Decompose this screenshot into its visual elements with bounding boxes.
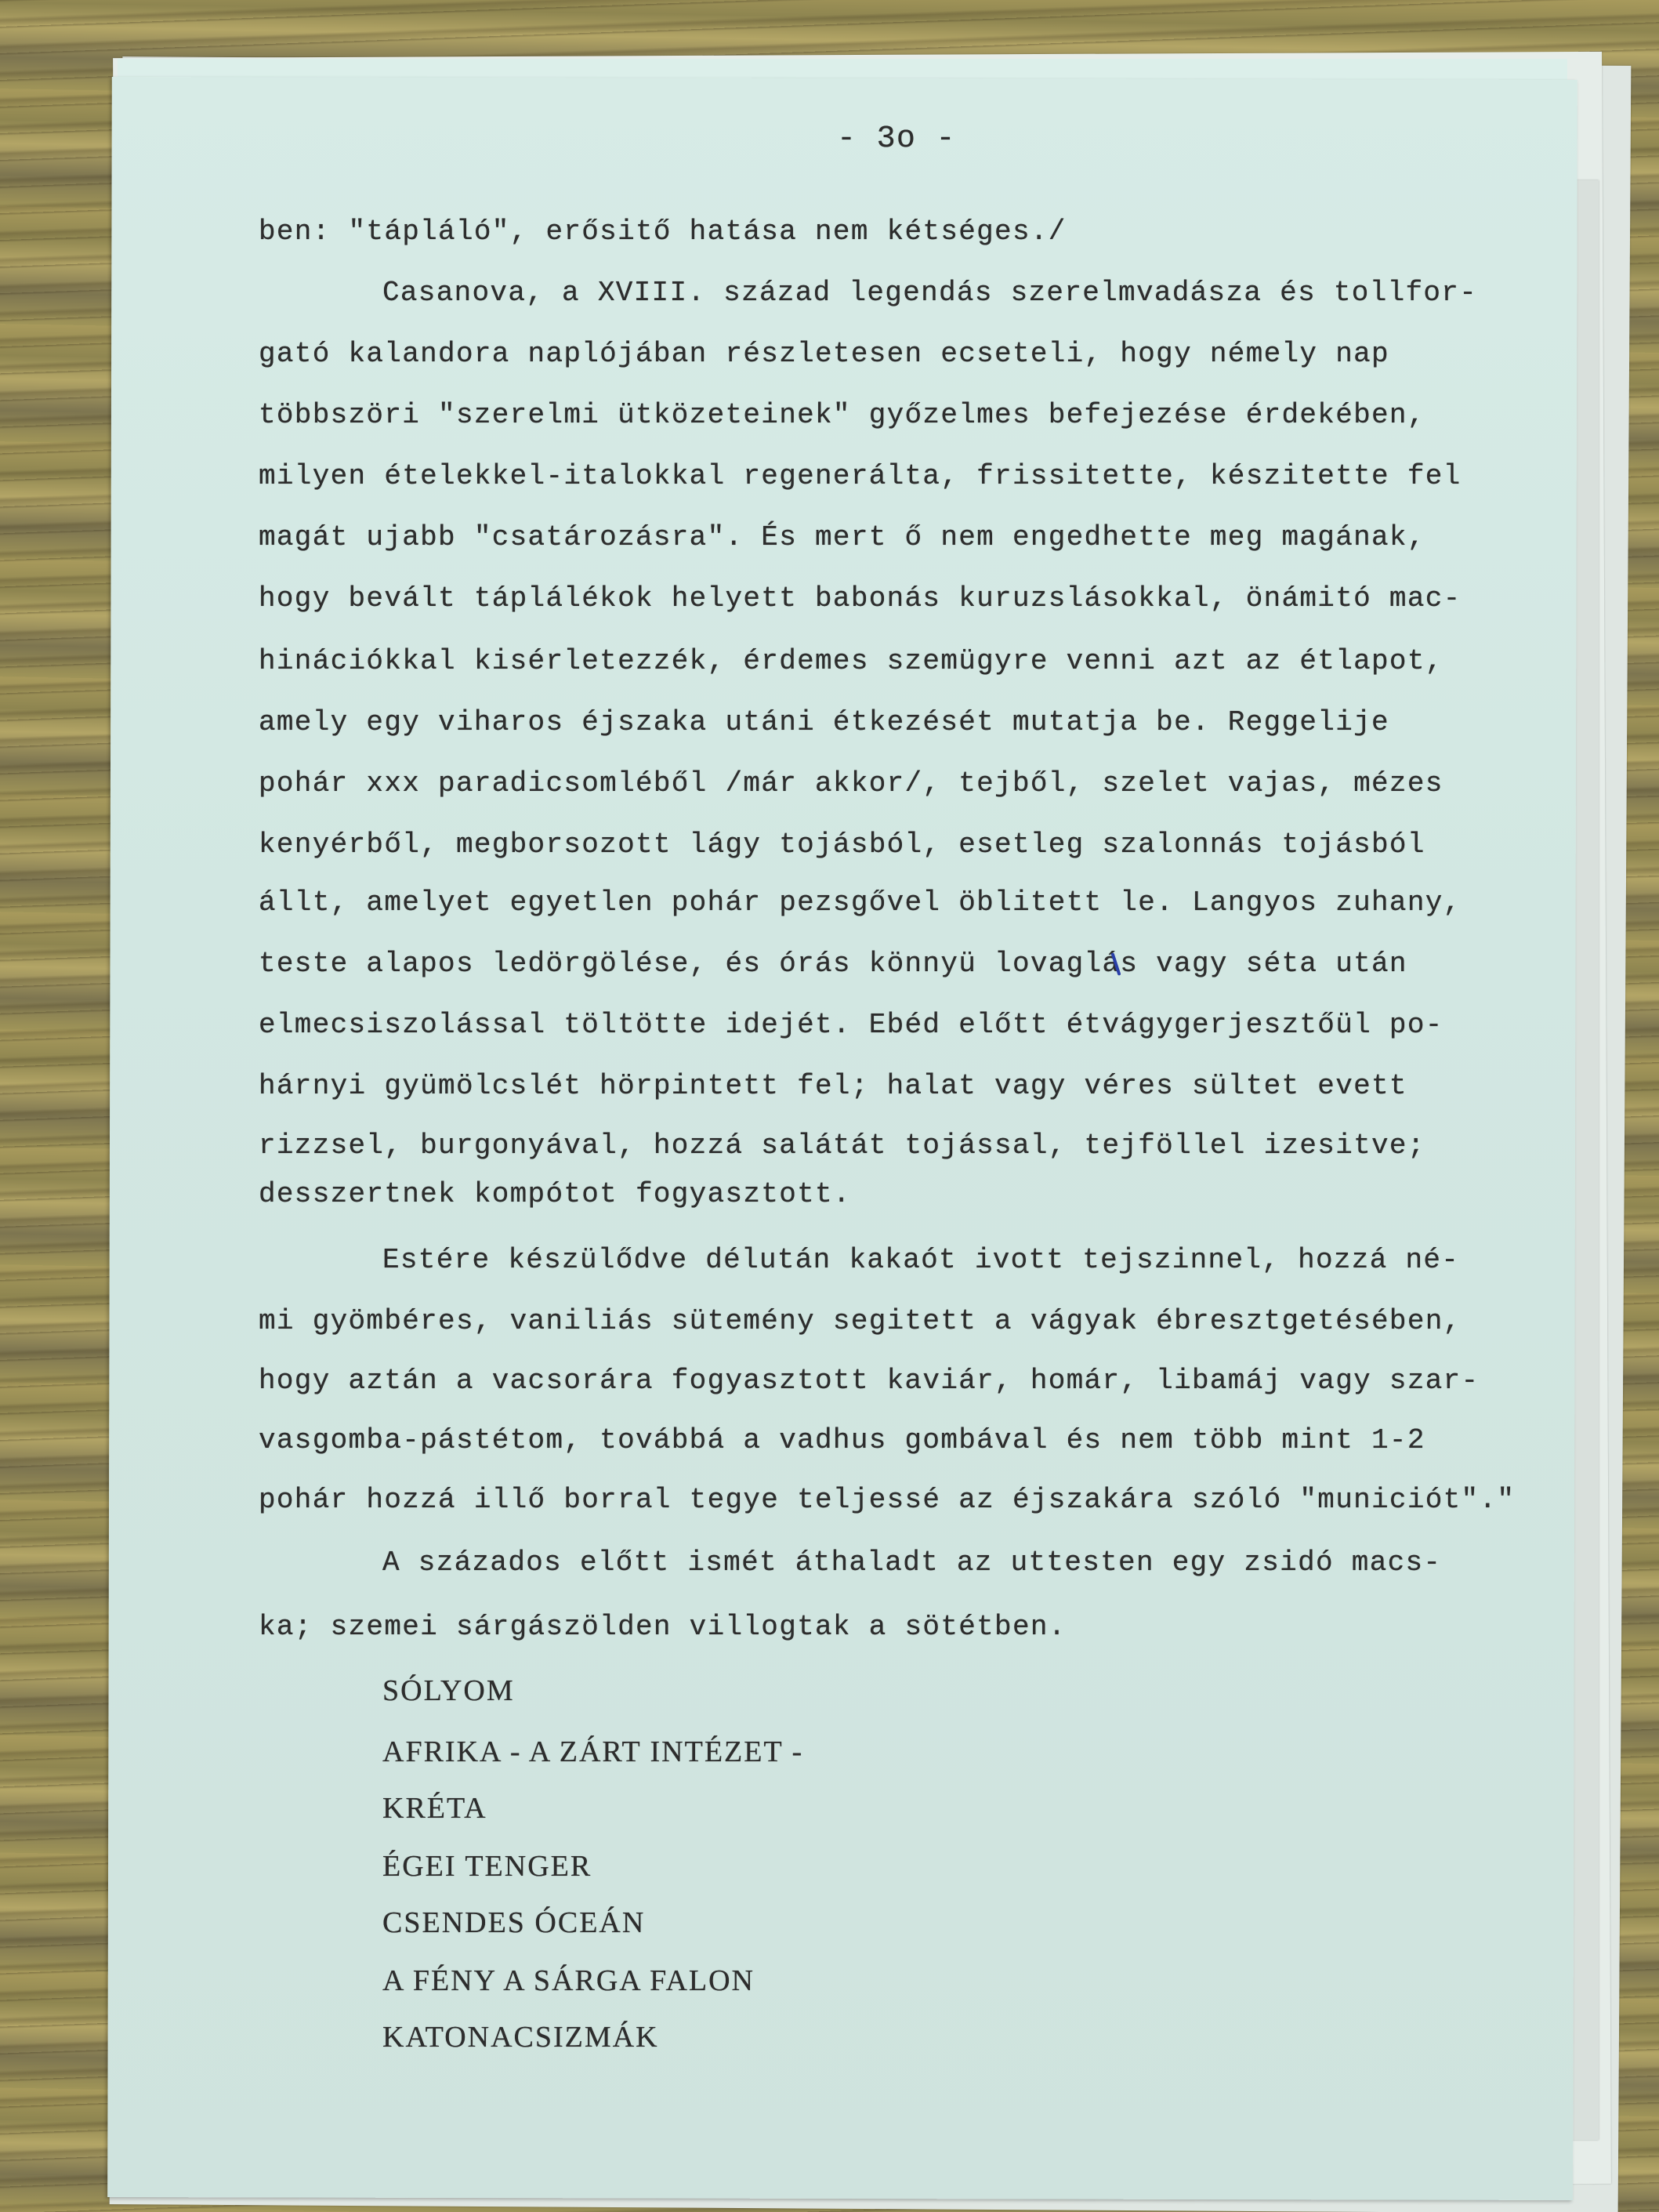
text-line: elmecsiszolással töltötte idejét. Ebéd e… bbox=[259, 1011, 1443, 1039]
text-line: kenyérből, megborsozott lágy tojásból, e… bbox=[259, 831, 1425, 859]
text-line: Casanova, a XVIII. század legendás szere… bbox=[382, 279, 1477, 307]
text-line: teste alapos ledörgölése, és órás könnyü… bbox=[259, 950, 1407, 978]
list-heading: KATONACSIZMÁK bbox=[382, 2022, 659, 2052]
text-line: hinációkkal kisérletezzék, érdemes szemü… bbox=[259, 647, 1443, 676]
text-line: pohár hozzá illő borral tegye teljessé a… bbox=[259, 1486, 1515, 1514]
text-line: gató kalandora naplójában részletesen ec… bbox=[259, 340, 1389, 368]
text-line: vasgomba-pástétom, továbbá a vadhus gomb… bbox=[259, 1427, 1425, 1455]
text-line: mi gyömbéres, vaniliás sütemény segitett… bbox=[259, 1307, 1462, 1336]
text-line: pohár xxx paradicsomléből /már akkor/, t… bbox=[259, 770, 1443, 798]
text-line: állt, amelyet egyetlen pohár pezsgővel ö… bbox=[259, 889, 1462, 917]
text-line: magát ujabb "csatározásra". És mert ő ne… bbox=[259, 524, 1425, 552]
list-heading: AFRIKA - A ZÁRT INTÉZET - bbox=[382, 1737, 803, 1767]
list-heading: KRÉTA bbox=[382, 1793, 487, 1823]
text-line: többszöri "szerelmi ütközeteinek" győzel… bbox=[259, 401, 1425, 430]
text-line: amely egy viharos éjszaka utáni étkezésé… bbox=[259, 709, 1389, 737]
list-heading: A FÉNY A SÁRGA FALON bbox=[382, 1966, 755, 1996]
text-line: Estére készülődve délután kakaót ivott t… bbox=[382, 1246, 1459, 1275]
list-heading: ÉGEI TENGER bbox=[382, 1851, 592, 1881]
text-line: A százados előtt ismét áthaladt az uttes… bbox=[382, 1549, 1441, 1577]
text-line: hogy bevált táplálékok helyett babonás k… bbox=[259, 585, 1462, 613]
list-heading: SÓLYOM bbox=[382, 1676, 515, 1706]
text-line: milyen ételekkel-italokkal regenerálta, … bbox=[259, 462, 1462, 491]
text-line: desszertnek kompótot fogyasztott. bbox=[259, 1180, 851, 1209]
list-heading: CSENDES ÓCEÁN bbox=[382, 1908, 645, 1938]
text-line: hogy aztán a vacsorára fogyasztott kaviá… bbox=[259, 1367, 1479, 1395]
page-number: - 3o - bbox=[837, 124, 956, 155]
text-line: hárnyi gyümölcslét hörpintett fel; halat… bbox=[259, 1072, 1407, 1101]
text-line: rizzsel, burgonyával, hozzá salátát tojá… bbox=[259, 1132, 1425, 1160]
text-line: ka; szemei sárgászölden villogtak a söté… bbox=[259, 1613, 1067, 1641]
text-line: ben: "tápláló", erősitő hatása nem kétsé… bbox=[259, 218, 1067, 246]
